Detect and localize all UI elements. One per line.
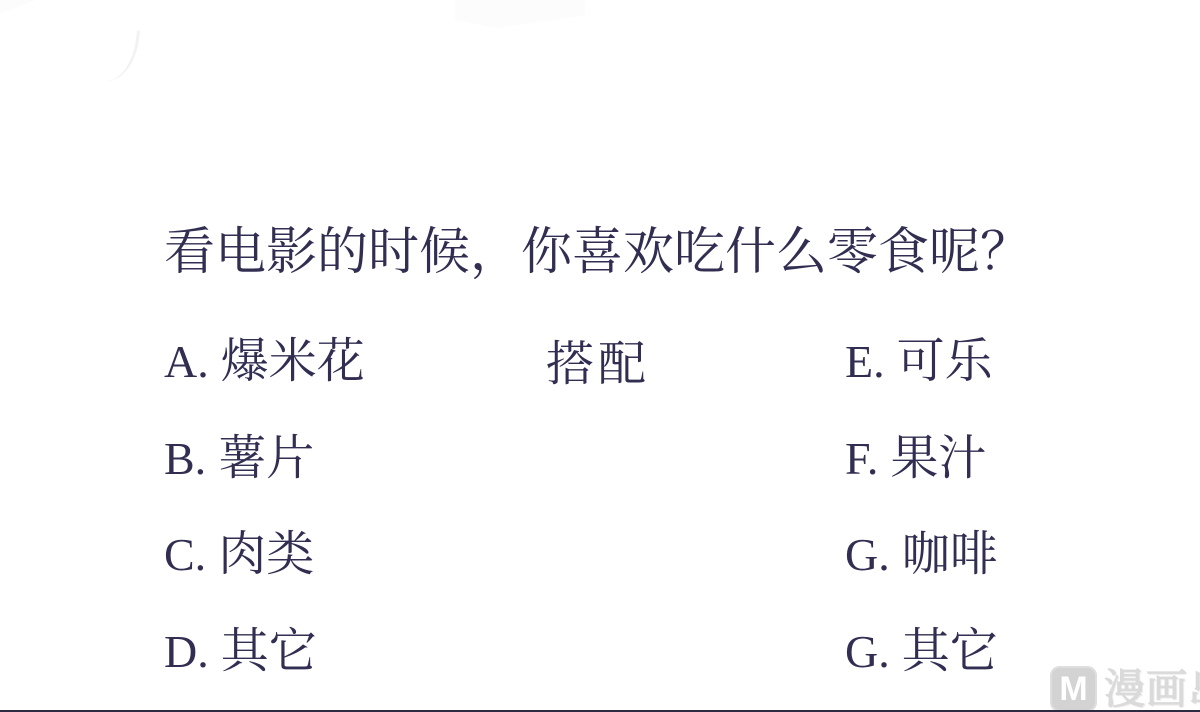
option-label: 其它 — [221, 625, 317, 678]
option-label: 爆米花 — [221, 335, 365, 388]
option-label: 薯片 — [218, 432, 314, 485]
option-c: C.肉类 — [164, 529, 314, 582]
logo-letter: M — [1059, 672, 1087, 706]
option-letter: G. — [845, 626, 890, 677]
pairing-label: 搭配 — [546, 339, 650, 392]
option-letter: A. — [164, 336, 209, 387]
faint-curve-line — [93, 26, 140, 85]
option-label: 咖啡 — [902, 528, 998, 581]
option-b: B.薯片 — [164, 433, 314, 486]
option-g-other: G.其它 — [845, 626, 998, 679]
option-label: 其它 — [902, 625, 998, 678]
option-d: D.其它 — [164, 626, 317, 679]
option-letter: C. — [164, 529, 206, 580]
option-letter: B. — [164, 433, 206, 484]
option-label: 可乐 — [897, 335, 993, 388]
option-letter: F. — [845, 433, 878, 484]
comic-page: 看电影的时候，你喜欢吃什么零食呢？ 搭配 A.爆米花 B.薯片 C.肉类 D.其… — [0, 0, 1200, 712]
option-e: E.可乐 — [845, 336, 993, 389]
question-text: 看电影的时候，你喜欢吃什么零食呢？ — [164, 224, 1031, 280]
option-g-coffee: G.咖啡 — [845, 529, 998, 582]
option-label: 肉类 — [218, 528, 314, 581]
option-letter: D. — [164, 626, 209, 677]
faint-panel-remnant-shape — [455, 0, 585, 28]
site-watermark: M 漫画岛 — [1050, 666, 1200, 712]
option-label: 果汁 — [890, 432, 986, 485]
option-letter: G. — [845, 529, 890, 580]
site-name: 漫画岛 — [1104, 666, 1200, 712]
option-a: A.爆米花 — [164, 336, 365, 389]
faint-corner-shape — [0, 0, 36, 14]
option-letter: E. — [845, 336, 885, 387]
manhuadao-logo-icon: M — [1050, 666, 1097, 712]
option-f: F.果汁 — [845, 433, 986, 486]
